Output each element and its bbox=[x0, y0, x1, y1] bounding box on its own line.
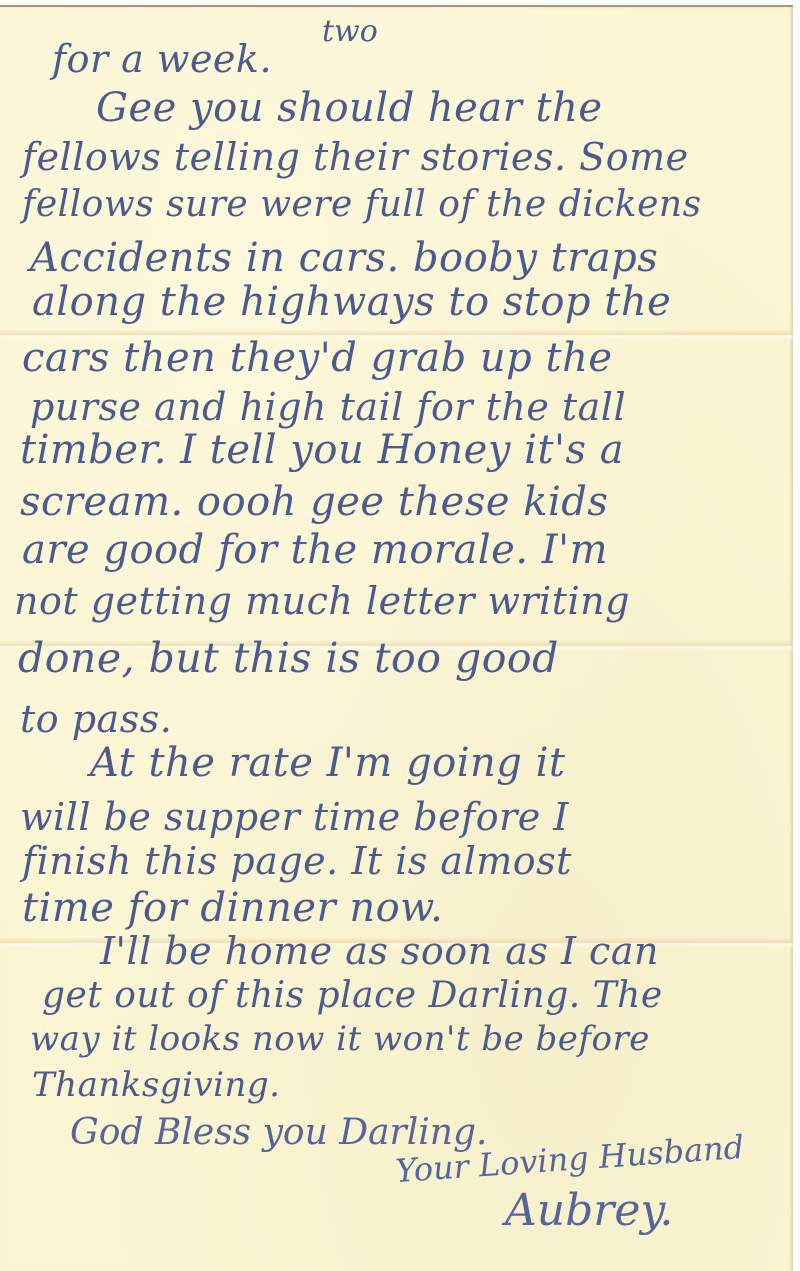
letter-line: cars then they'd grab up the bbox=[22, 338, 613, 378]
inserted-word: two bbox=[322, 14, 378, 49]
letter-line: done, but this is too good bbox=[18, 638, 559, 679]
letter-line: fellows sure were full of the dickens bbox=[22, 187, 702, 223]
letter-line: finish this page. It is almost bbox=[22, 842, 572, 880]
letter-line: scream. oooh gee these kids bbox=[20, 482, 608, 522]
letter-line: Thanksgiving. bbox=[32, 1068, 280, 1102]
letter-line: timber. I tell you Honey it's a bbox=[20, 430, 624, 470]
signature: Aubrey. bbox=[505, 1185, 673, 1236]
letter-line: not getting much letter writing bbox=[14, 582, 630, 620]
letter-line: time for dinner now. bbox=[22, 888, 443, 928]
closing-blessing: God Bless you Darling. bbox=[70, 1112, 487, 1153]
letter-line: At the rate I'm going it bbox=[90, 743, 566, 783]
letter-line: along the highways to stop the bbox=[32, 282, 671, 322]
letter-line: Accidents in cars. booby traps bbox=[30, 238, 658, 278]
letter-line: to pass. bbox=[20, 700, 172, 738]
letter-line: are good for the morale. I'm bbox=[22, 530, 608, 570]
letter-line: will be supper time before I bbox=[20, 798, 569, 836]
letter-line: get out of this place Darling. The bbox=[42, 978, 663, 1014]
letter-line: way it looks now it won't be before bbox=[30, 1022, 650, 1056]
letter-line: fellows telling their stories. Some bbox=[22, 138, 689, 176]
letter-line: Gee you should hear the bbox=[96, 88, 603, 128]
letter-line: purse and high tail for the tall bbox=[30, 388, 626, 426]
letter-line: I'll be home as soon as I can bbox=[100, 932, 659, 970]
letter-line: for a week. bbox=[52, 40, 272, 78]
